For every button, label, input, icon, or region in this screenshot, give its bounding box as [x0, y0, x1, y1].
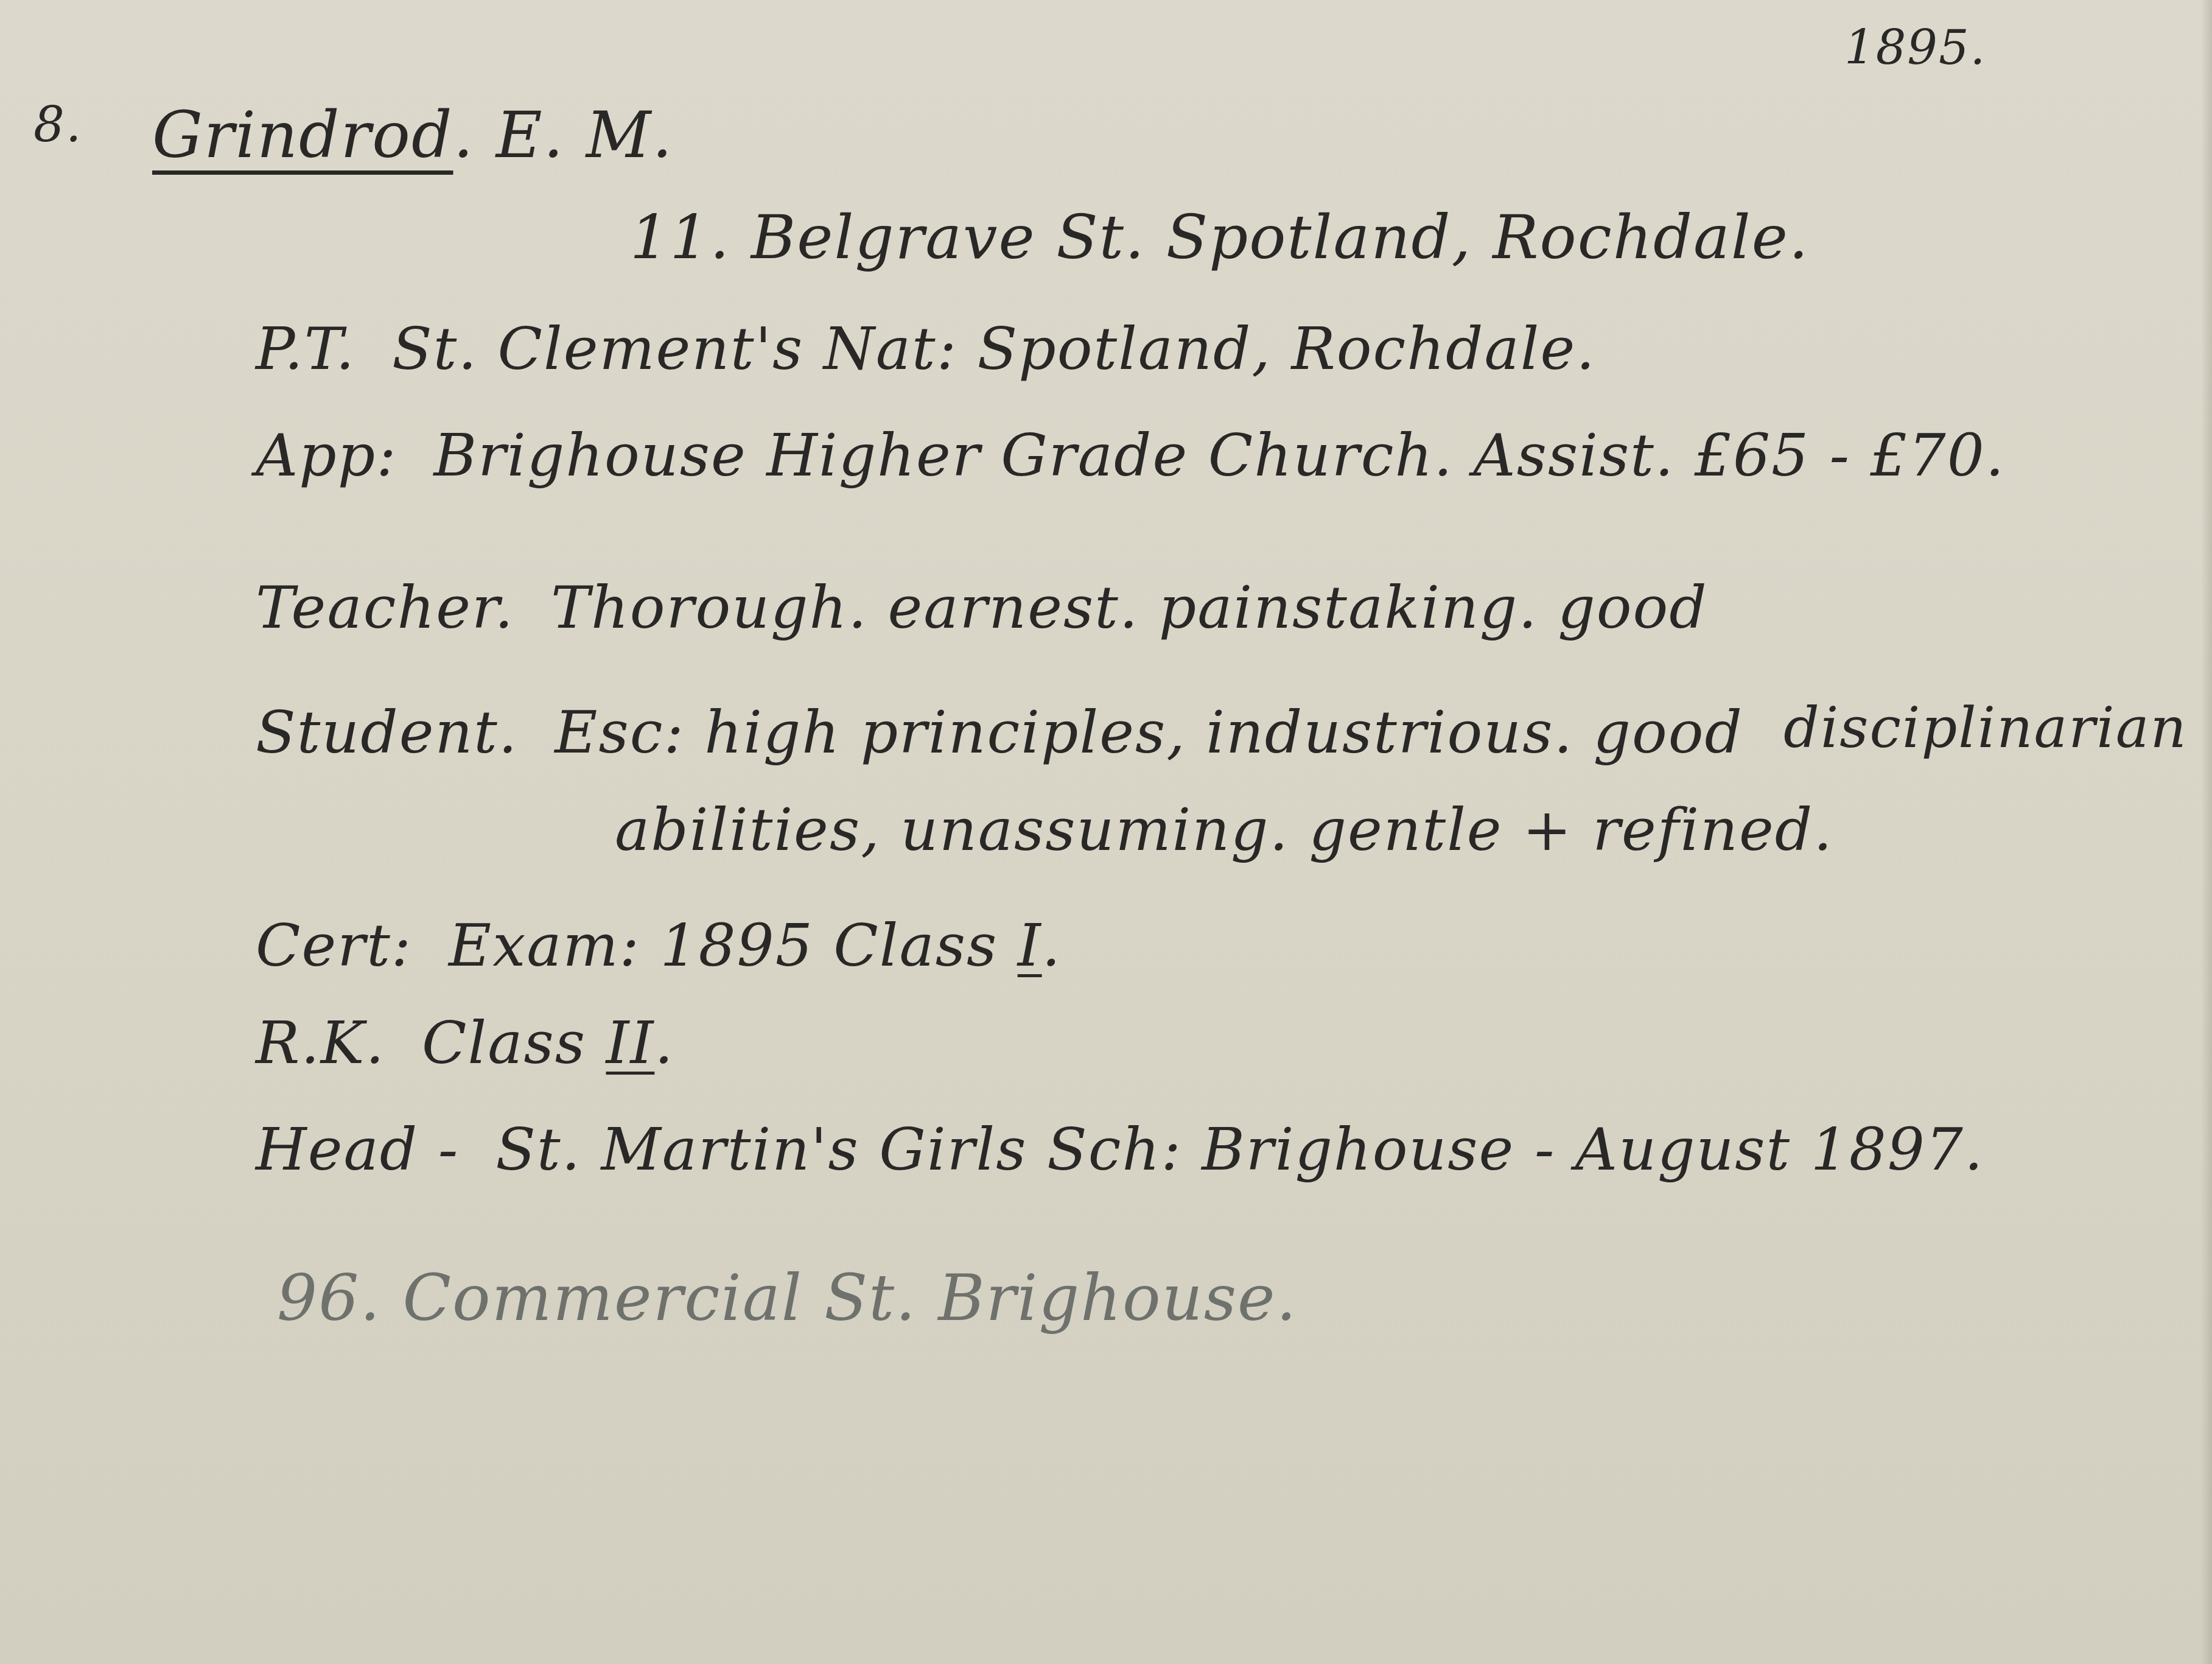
field-label-head: Head - — [256, 1120, 459, 1179]
surname: Grindrod — [152, 98, 453, 172]
later-address-pencil: 96. Commercial St. Brighouse. — [277, 1266, 1298, 1330]
field-value-cert: Exam: 1895 Class — [449, 911, 998, 980]
field-value-head: St. Martin's Girls Sch: Brighouse - Augu… — [495, 1115, 1984, 1184]
field-value-pt: St. Clement's Nat: Spotland, Rochdale. — [392, 315, 1596, 383]
field-label-rk: R.K. — [256, 1014, 385, 1072]
rk-suffix: . — [654, 1009, 674, 1077]
field-label-student: Student. — [256, 703, 518, 762]
field-teacher: Teacher.Thorough. earnest. painstaking. … — [256, 578, 1708, 637]
field-label-app: App: — [256, 426, 397, 485]
field-teacher-continuation: disciplinarian — [1783, 700, 2188, 756]
record-card: 1895. 8. Grindrod. E. M. 11. Belgrave St… — [0, 0, 2212, 1664]
rk-class-numeral: II — [606, 1009, 654, 1077]
field-appointment: App:Brighouse Higher Grade Church. Assis… — [256, 426, 2005, 485]
field-pupil-teacher: P.T.St. Clement's Nat: Spotland, Rochdal… — [256, 320, 1596, 378]
home-address: 11. Belgrave St. Spotland, Rochdale. — [630, 207, 1810, 268]
field-value-app: Brighouse Higher Grade Church. Assist. £… — [434, 421, 2006, 490]
field-label-pt: P.T. — [256, 320, 355, 378]
entry-number: 8. — [33, 100, 82, 149]
field-certificate: Cert:Exam: 1895 Class I. — [256, 916, 1062, 975]
field-value-student: Esc: high principles, industrious. good — [555, 698, 1743, 767]
field-value-rk: Class — [422, 1009, 586, 1077]
initials: . E. M. — [453, 98, 674, 172]
cert-suffix: . — [1042, 911, 1062, 980]
field-student-continuation: abilities, unassuming. gentle + refined. — [615, 801, 1833, 859]
cert-class-numeral: I — [1018, 911, 1042, 980]
field-student: Student.Esc: high principles, industriou… — [256, 703, 1743, 762]
record-year: 1895. — [1844, 24, 1986, 72]
field-religious-knowledge: R.K.Class II. — [256, 1014, 674, 1072]
field-label-cert: Cert: — [256, 916, 412, 975]
name-line: Grindrod. E. M. — [152, 104, 673, 167]
field-head-appointment: Head -St. Martin's Girls Sch: Brighouse … — [256, 1120, 1984, 1179]
field-value-teacher: Thorough. earnest. painstaking. good — [551, 574, 1708, 642]
field-label-teacher: Teacher. — [256, 578, 514, 637]
